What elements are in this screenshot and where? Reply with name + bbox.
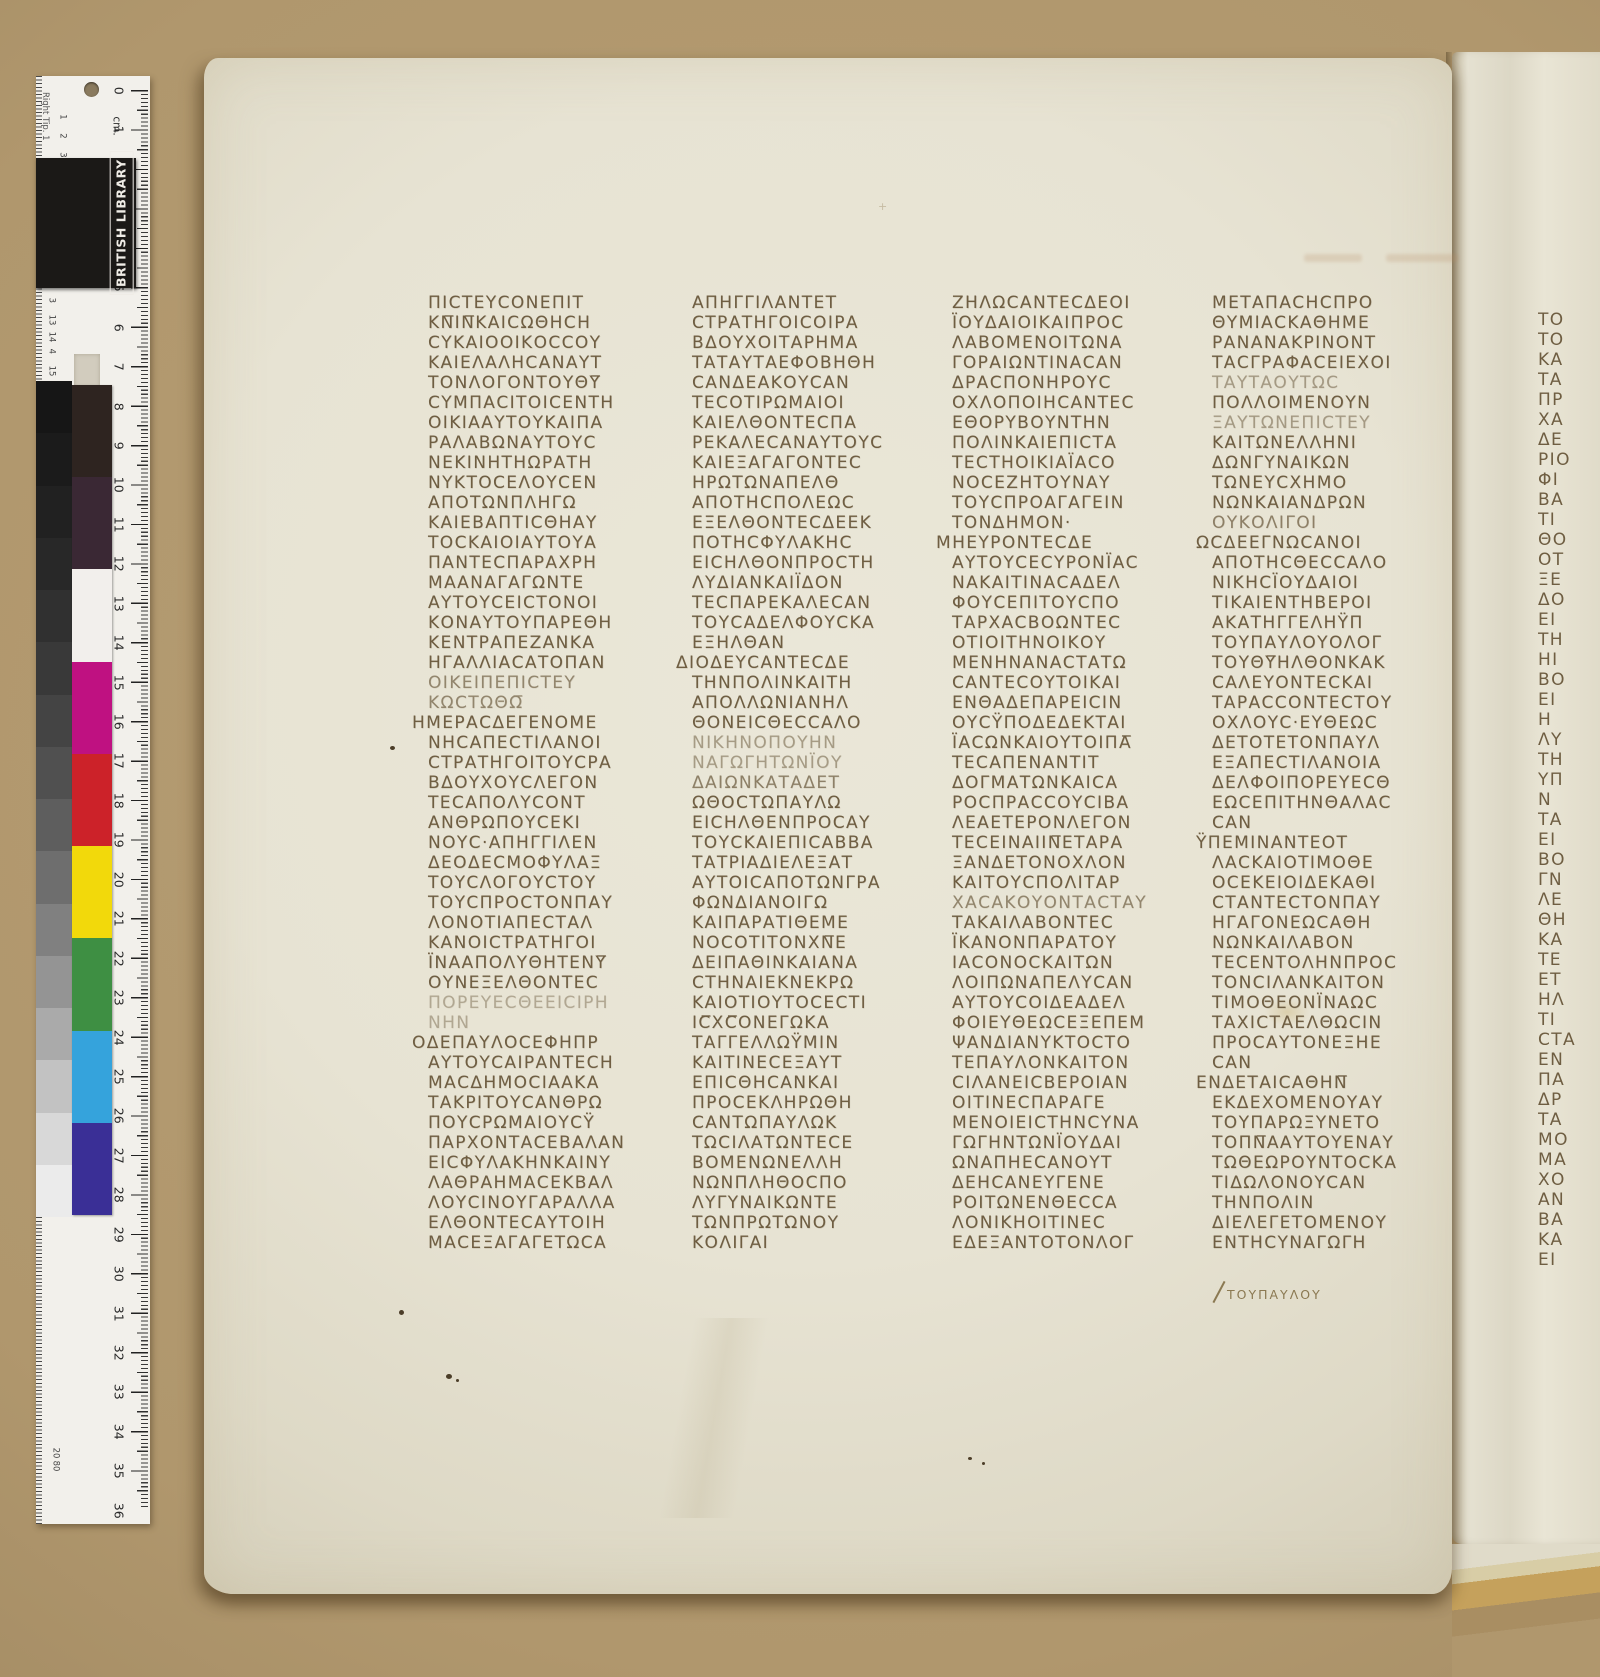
text-line: ΤΟΝΛΟΓΟΝΤΟΥΘΥ̅ (428, 373, 678, 393)
text-line: ΤΩΝΕΥϹΧΗΜΟ (1212, 473, 1462, 493)
text-line: ΑΥΤΟΥϹΟΙΔΕΑΔΕΛ (952, 993, 1202, 1013)
facing-page-line: ΤΑ (1538, 370, 1600, 390)
text-line: ΚΑΙΕΛΑΛΗϹΑΝΑΥΤ (428, 353, 678, 373)
text-line: ΝΑΚΑΙΤΙΝΑϹΑΔΕΛ (952, 573, 1202, 593)
text-line: ΝΟϹΕΖΗΤΟΥΝΑΥ (952, 473, 1202, 493)
text-line: ΕΝΘΑΔΕΠΑΡΕΙϹΙΝ (952, 693, 1202, 713)
ruler-side-number: 20 (50, 1448, 60, 1459)
facing-page-line: ΧΟ (1538, 1170, 1600, 1190)
cm-unit-label: cm. (110, 116, 122, 135)
facing-page-line: ΚΑ (1538, 1230, 1600, 1250)
text-line: ΤΩϹΙΛΑΤΩΝΤΕϹΕ (692, 1133, 942, 1153)
facing-page-line: ΦΙ (1538, 470, 1600, 490)
facing-page-line: ΛΕ (1538, 890, 1600, 910)
text-line: ΡΑΝΑΝΑΚΡΙΝΟΝΤ (1212, 333, 1462, 353)
text-line: ΤΑΚΑΙΛΑΒΟΝΤΕϹ (952, 913, 1202, 933)
text-line: ΤΟΝΔΗΜΟΝ· (952, 513, 1202, 533)
parchment-wrinkle (264, 1318, 1164, 1518)
facing-page-line: ΑΝ (1538, 1190, 1600, 1210)
text-line: ΡΕΚΑΛΕϹΑΝΑΥΤΟΥϹ (692, 433, 942, 453)
facing-page: ΤΟΤΟΚΑΤΑΠΡΧΑΔΕΡΙΟΦΙΒΑΤΙΘΟΟΤΞΕΔΟΕΙΤΗΗΙΒΟΕ… (1452, 52, 1600, 1544)
faint-cross-mark: + (878, 200, 887, 209)
text-line: ΛΥΔΙΑΝΚΑΙΪΔΟΝ (692, 573, 942, 593)
text-line: ΤΟϹΚΑΙΟΙΑΥΤΟΥΑ (428, 533, 678, 553)
facing-page-line: ΜΟ (1538, 1130, 1600, 1150)
color-patch (72, 569, 112, 661)
text-line: ΚΑΙΤΟΥϹΠΟΛΙΤΑΡ (952, 873, 1202, 893)
color-patch (72, 846, 112, 938)
text-line: ΚΟΛΙΓΑΙ (692, 1233, 942, 1253)
ruler-number: 35 (99, 1462, 138, 1480)
facing-page-line: ΘΗ (1538, 910, 1600, 930)
book-cover-edge (1452, 1544, 1600, 1677)
facing-page-line: Ν (1538, 790, 1600, 810)
text-line: ΤΩΝΠΡΩΤΩΝΟΥ (692, 1213, 942, 1233)
text-line: ΗΓΑΓΟΝΕΩϹΑΘΗ (1212, 913, 1462, 933)
text-column-1: ΠΙϹΤΕΥϹΟΝΕΠΙΤΚΝ̅ΙΝ̅ΚΑΙϹΩΘΗϹΗϹΥΚΑΙΟΟΙΚΟϹϹ… (428, 293, 678, 1253)
text-line: ΑΠΟΛΛΩΝΙΑΝΗΛ (692, 693, 942, 713)
text-line: ΛΑΒΟΜΕΝΟΙΤΩΝΑ (952, 333, 1202, 353)
facing-page-line: ΤΟ (1538, 310, 1600, 330)
text-line: ΔΡΑϹΠΟΝΗΡΟΥϹ (952, 373, 1202, 393)
grayscale-calibration-strip (36, 381, 72, 1217)
text-line: ΝΗΝ (428, 1013, 678, 1033)
facing-page-line: ΤΟ (1538, 330, 1600, 350)
text-line: ΕΔΕΞΑΝΤΟΤΟΝΛΟΓ (952, 1233, 1202, 1253)
text-line: ΤΗΝΠΟΛΙΝ (1212, 1193, 1462, 1213)
text-line: ΟΥΚΟΛΙΓΟΙ (1212, 513, 1462, 533)
text-line: ΤΟΝϹΙΛΑΝΚΑΙΤΟΝ (1212, 973, 1462, 993)
ruler-side-number: 13 (46, 315, 56, 326)
text-line: ΕΙϹΗΛΘΕΝΠΡΟϹΑΥ (692, 813, 942, 833)
color-patch (72, 938, 112, 1030)
text-line: ΟΥΝΕΞΕΛΘΟΝΤΕϹ (428, 973, 678, 993)
text-line: ΛΑϹΚΑΙΟΤΙΜΟΘΕ (1212, 853, 1462, 873)
faint-ink-offset (1386, 254, 1458, 262)
ink-speck (399, 1310, 404, 1315)
text-column-2: ΑΠΗΓΓΙΛΑΝΤΕΤϹΤΡΑΤΗΓΟΙϹΟΙΡΑΒΔΟΥΧΟΙΤΑΡΗΜΑΤ… (692, 293, 942, 1253)
ruler-number: 29 (99, 1225, 138, 1243)
text-line: ΜΕΝΟΙΕΙϹΤΗΝϹΥΝΑ (952, 1113, 1202, 1133)
text-line: ΛΑΘΡΑΗΜΑϹΕΚΒΑΛ (428, 1173, 678, 1193)
text-line: ΙϹ̅ΧϹ̅ΟΝΕΓΩΚΑ (692, 1013, 942, 1033)
text-line: ΚΟΝΑΥΤΟΥΠΑΡΕΘΗ (428, 613, 678, 633)
text-line: ΡΑΛΑΒΩΝΑΥΤΟΥϹ (428, 433, 678, 453)
text-line: ΚΑΝΟΙϹΤΡΑΤΗΓΟΙ (428, 933, 678, 953)
grayscale-step (36, 1060, 72, 1112)
text-line: ΛΕΑΕΤΕΡΟΝΛΕΓΟΝ (952, 813, 1202, 833)
ruler-side-number: 1 (58, 114, 68, 119)
text-line: ΦΟΥϹΕΠΙΤΟΥϹΠΟ (952, 593, 1202, 613)
color-calibration-bar (72, 385, 112, 1215)
text-line: ΤΟΥϹΠΡΟΑΓΑΓΕΙΝ (952, 493, 1202, 513)
text-line: ΤΙΚΑΙΕΝΤΗΒΕΡΟΙ (1212, 593, 1462, 613)
text-line: ΗΜΕΡΑϹΔΕΓΕΝΟΜΕ (412, 713, 678, 733)
text-line: ΤΑΓΓΕΛΛΩΫΜΙΝ (692, 1033, 942, 1053)
grayscale-step (36, 1008, 72, 1060)
facing-page-line: ΕΝ (1538, 1050, 1600, 1070)
text-line: ΕΞΕΛΘΟΝΤΕϹΔΕΕΚ (692, 513, 942, 533)
ink-speck (982, 1462, 985, 1465)
grayscale-step (36, 799, 72, 851)
grayscale-step (36, 956, 72, 1008)
grayscale-step (36, 1165, 72, 1217)
text-line: ΤΑΧΙϹΤΑΕΛΘΩϹΙΝ (1212, 1013, 1462, 1033)
grayscale-step (36, 642, 72, 694)
text-line: ΤΕϹΠΑΡΕΚΑΛΕϹΑΝ (692, 593, 942, 613)
text-line: ΛΟΙΠΩΝΑΠΕΛΥϹΑΝ (952, 973, 1202, 993)
text-line: ΔΕΛΦΟΙΠΟΡΕΥΕϹΘ (1212, 773, 1462, 793)
text-line: ΜΑϹΕΞΑΓΑΓΕΤΩϹΑ (428, 1233, 678, 1253)
text-line: ΑΥΤΟΥϹΕϹΥΡΟΝΪΑϹ (952, 553, 1202, 573)
text-line: ΕΞΗΛΘΑΝ (692, 633, 942, 653)
text-line: ΚΑΙΕΒΑΠΤΙϹΘΗΑΥ (428, 513, 678, 533)
ruler-hole (84, 82, 99, 97)
color-patch (72, 1123, 112, 1215)
grayscale-step (36, 904, 72, 956)
text-line: ΜΕΝΗΝΑΝΑϹΤΑΤΩ (952, 653, 1202, 673)
facing-page-line: ΜΑ (1538, 1150, 1600, 1170)
text-line: ΟϹΕΚΕΙΟΙΔΕΚΑΘΙ (1212, 873, 1462, 893)
facing-page-line: ΤΑ (1538, 1110, 1600, 1130)
text-line: ΘΥΜΙΑϹΚΑΘΗΜΕ (1212, 313, 1462, 333)
text-line: ΤΑΡΧΑϹΒΟΩΝΤΕϹ (952, 613, 1202, 633)
text-line: ΟΙΚΙΑΑΥΤΟΥΚΑΙΠΑ (428, 413, 678, 433)
text-line: ΤΕϹΟΤΙΡΩΜΑΙΟΙ (692, 393, 942, 413)
ruler-number: 30 (99, 1265, 138, 1283)
grayscale-step (36, 433, 72, 485)
text-line: ΠΡΟϹΕΚΛΗΡΩΘΗ (692, 1093, 942, 1113)
text-line: ΤΟΥϹΚΑΙΕΠΙϹΑΒΒΑ (692, 833, 942, 853)
coronis-mark (1212, 1281, 1225, 1303)
british-library-label: BRITISH LIBRARY (50, 184, 122, 262)
subscription-label: ΤΟΥΠΑΥΛΟΥ (1227, 1287, 1322, 1302)
ink-speck (968, 1457, 972, 1460)
text-line: ΡΟΙΤΩΝΕΝΘΕϹϹΑ (952, 1193, 1202, 1213)
subscription-text: ΤΟΥΠΑΥΛΟΥ (1218, 1280, 1322, 1302)
text-line: ϹΑΝ (1212, 813, 1462, 833)
grayscale-step (36, 1113, 72, 1165)
facing-page-line: ΗΛ (1538, 990, 1600, 1010)
ruler-side-number: 15 (46, 366, 56, 377)
text-line: ΔΑΙΩΝΚΑΤΑΔΕΤ (692, 773, 942, 793)
text-line: ΡΟϹΠΡΑϹϹΟΥϹΙΒΑ (952, 793, 1202, 813)
text-line: ΙΑϹΟΝΟϹΚΑΙΤΩΝ (952, 953, 1202, 973)
facing-page-line: ΓΝ (1538, 870, 1600, 890)
text-line: ΩΝΑΠΗΕϹΑΝΟΥΤ (952, 1153, 1202, 1173)
text-line: ϹΥΜΠΑϹΙΤΟΙϹΕΝΤΗ (428, 393, 678, 413)
text-line: ΑΥΤΟΙϹΑΠΟΤΩΝΓΡΑ (692, 873, 942, 893)
text-line: ΔΕΤΟΤΕΤΟΝΠΑΥΛ (1212, 733, 1462, 753)
text-line: ΑΚΑΤΗΓΓΕΛΗΫΠ (1212, 613, 1462, 633)
text-line: ΤΕΠΑΥΛΟΝΚΑΙΤΟΝ (952, 1053, 1202, 1073)
text-line: ΔΕΗϹΑΝΕΥΓΕΝΕ (952, 1173, 1202, 1193)
text-line: ΠΟΛΛΟΙΜΕΝΟΥΝ (1212, 393, 1462, 413)
text-line: ΑΥΤΟΥϹΑΙΡΑΝΤΕϹΗ (428, 1053, 678, 1073)
text-line: ΧΑϹΑΚΟΥΟΝΤΑϹΤΑΥ (952, 893, 1202, 913)
ruler-side-number: 3 (46, 298, 56, 309)
text-line: ΝΩΝΚΑΙΑΝΔΡΩΝ (1212, 493, 1462, 513)
text-line: ΚΑΙΟΤΙΟΥΤΟϹΕϹΤΙ (692, 993, 942, 1013)
facing-page-line: ΛΥ (1538, 730, 1600, 750)
facing-page-line: ΤΗ (1538, 750, 1600, 770)
ruler-side-label: Right Tip. 1 (40, 92, 50, 141)
text-line: ΤΑΥΤΑΟΥΤΩϹ (1212, 373, 1462, 393)
facing-page-line: ΕΙ (1538, 690, 1600, 710)
text-line: ΪΑϹΩΝΚΑΙΟΥΤΟΙΠΑ̅ (952, 733, 1202, 753)
text-line: ΔΙΕΛΕΓΕΤΟΜΕΝΟΥ (1212, 1213, 1462, 1233)
text-line: ΛΟΥϹΙΝΟΥΓΑΡΑΛΛΑ (428, 1193, 678, 1213)
ruler-tape-patch (74, 354, 100, 388)
text-line: ΑΥΤΟΥϹΕΙϹΤΟΝΟΙ (428, 593, 678, 613)
text-line: ϹΙΛΑΝΕΙϹΒΕΡΟΙΑΝ (952, 1073, 1202, 1093)
facing-page-line: ΞΕ (1538, 570, 1600, 590)
text-line: ΝΕΚΙΝΗΤΗΩΡΑΤΗ (428, 453, 678, 473)
text-line: ΕΙϹΗΛΘΟΝΠΡΟϹΤΗ (692, 553, 942, 573)
text-line: ΒΔΟΥΧΟΙΤΑΡΗΜΑ (692, 333, 942, 353)
text-line: ΝΗϹΑΠΕϹΤΙΛΑΝΟΙ (428, 733, 678, 753)
text-line: ΝΟΥϹ·ΑΠΗΓΓΙΛΕΝ (428, 833, 678, 853)
text-line: ΠΡΟϹΑΥΤΟΝΕΞΗΕ (1212, 1033, 1462, 1053)
text-line: ΪΟΥΔΑΙΟΙΚΑΙΠΡΟϹ (952, 313, 1202, 333)
text-line: ΤΟΥΠΑΡΩΞΥΝΕΤΟ (1212, 1113, 1462, 1133)
text-line: ΕΛΘΟΝΤΕϹΑΥΤΟΙΗ (428, 1213, 678, 1233)
facing-page-line: ΔΕ (1538, 430, 1600, 450)
facing-page-line: ΕΙ (1538, 830, 1600, 850)
facing-page-line: ΚΑ (1538, 350, 1600, 370)
text-line: ΞΑΥΤΩΝΕΠΙϹΤΕΥ (1212, 413, 1462, 433)
text-line: ΑΠΟΤΗϹΘΕϹϹΑΛΟ (1212, 553, 1462, 573)
ruler-number: 6 (99, 318, 138, 336)
text-line: ΫΠΕΜΙΝΑΝΤΕΟΤ (1196, 833, 1462, 853)
facing-page-line: ΒΟ (1538, 670, 1600, 690)
ruler-number: 7 (99, 358, 138, 376)
text-line: ΕΩϹΕΠΙΤΗΝΘΑΛΑϹ (1212, 793, 1462, 813)
text-line: ΚΑΙΕΞΑΓΑΓΟΝΤΕϹ (692, 453, 942, 473)
facing-page-line: ΕΙ (1538, 1250, 1600, 1270)
ruler-number: 33 (99, 1383, 138, 1401)
ruler-number: 34 (99, 1423, 138, 1441)
facing-page-line: ΠΑ (1538, 1070, 1600, 1090)
text-line: ΤΟΥϹΑΔΕΛΦΟΥϹΚΑ (692, 613, 942, 633)
text-line: ΓΩΓΗΝΤΩΝΪΟΥΔΑΙ (952, 1133, 1202, 1153)
facing-page-line: Η (1538, 710, 1600, 730)
text-line: ΤΩΘΕΩΡΟΥΝΤΟϹΚΑ (1212, 1153, 1462, 1173)
facing-page-line: ΠΡ (1538, 390, 1600, 410)
text-line: ΤΗΝΠΟΛΙΝΚΑΙΤΗ (692, 673, 942, 693)
text-line: ΠΟΥϹΡΩΜΑΙΟΥϹΫ (428, 1113, 678, 1133)
facing-page-line: ΔΟ (1538, 590, 1600, 610)
facing-page-line: ΕΤ (1538, 970, 1600, 990)
facing-page-line: ΗΙ (1538, 650, 1600, 670)
faint-ink-offset (1304, 254, 1362, 262)
text-line: ΝΙΚΗϹΪΟΥΔΑΙΟΙ (1212, 573, 1462, 593)
text-line: ΩΘΟϹΤΩΠΑΥΛΩ (692, 793, 942, 813)
text-line: ΛΟΝΟΤΙΑΠΕϹΤΑΛ (428, 913, 678, 933)
text-line: ΠΙϹΤΕΥϹΟΝΕΠΙΤ (428, 293, 678, 313)
ruler-number: 36 (99, 1501, 138, 1519)
facing-page-line: ΚΑ (1538, 930, 1600, 950)
facing-page-line: ΒΑ (1538, 490, 1600, 510)
text-line: ΕΝΤΗϹΥΝΑΓΩΓΗ (1212, 1233, 1462, 1253)
text-line: ΕΚΔΕΧΟΜΕΝΟΥΑΥ (1212, 1093, 1462, 1113)
text-line: ΦΟΙΕΥΘΕΩϹΕΞΕΠΕΜ (952, 1013, 1202, 1033)
text-line: ΜΑϹΔΗΜΟϹΙΑΑΚΑ (428, 1073, 678, 1093)
text-line: ΕΙϹΦΥΛΑΚΗΝΚΑΙΝΥ (428, 1153, 678, 1173)
ink-speck (390, 746, 395, 750)
text-line: ΜΕΤΑΠΑϹΗϹΠΡΟ (1212, 293, 1462, 313)
text-line: ΔΕΙΠΑΘΙΝΚΑΙΑΝΑ (692, 953, 942, 973)
text-column-4: ΜΕΤΑΠΑϹΗϹΠΡΟΘΥΜΙΑϹΚΑΘΗΜΕΡΑΝΑΝΑΚΡΙΝΟΝΤΤΑϹ… (1212, 293, 1462, 1253)
text-line: ΟΧΛΟΠΟΙΗϹΑΝΤΕϹ (952, 393, 1202, 413)
text-line: ΓΟΡΑΙΩΝΤΙΝΑϹΑΝ (952, 353, 1202, 373)
text-line: ΤΕϹΕΙΝΑΙΙΝ̅ΕΤΑΡΑ (952, 833, 1202, 853)
grayscale-step (36, 590, 72, 642)
text-line: ΪΝΑΑΠΟΛΥΘΗΤΕΝΥ̅ (428, 953, 678, 973)
text-line: ΤΑΤΑΥΤΑΕΦΟΒΗΘΗ (692, 353, 942, 373)
text-line: ΚΑΙΠΑΡΑΤΙΘΕΜΕ (692, 913, 942, 933)
text-line: ΟΥϹΫΠΟΔΕΔΕΚΤΑΙ (952, 713, 1202, 733)
text-line: ΜΑΑΝΑΓΑΓΩΝΤΕ (428, 573, 678, 593)
text-line: ΝΥΚΤΟϹΕΛΟΥϹΕΝ (428, 473, 678, 493)
text-column-3: ΖΗΛΩϹΑΝΤΕϹΔΕΟΙΪΟΥΔΑΙΟΙΚΑΙΠΡΟϹΛΑΒΟΜΕΝΟΙΤΩ… (952, 293, 1202, 1253)
text-line: ΑΠΟΤΗϹΠΟΛΕΩϹ (692, 493, 942, 513)
text-line: ΤΕϹΑΠΟΛΥϹΟΝΤ (428, 793, 678, 813)
text-line: ΦΩΝΔΙΑΝΟΙΓΩ (692, 893, 942, 913)
text-line: ΤΑΡΑϹϹΟΝΤΕϹΤΟΥ (1212, 693, 1462, 713)
text-line: ΟΧΛΟΥϹ·ΕΥΘΕΩϹ (1212, 713, 1462, 733)
grayscale-step (36, 486, 72, 538)
text-line: ΤΑΚΡΙΤΟΥϹΑΝΘΡΩ (428, 1093, 678, 1113)
british-library-tag: BRITISH LIBRARY (36, 158, 136, 288)
ruler-side-numbers-mid: 3131441516 (46, 298, 57, 393)
text-line: ΠΑΝΤΕϹΠΑΡΑΧΡΗ (428, 553, 678, 573)
text-line: ΚΑΙΤΙΝΕϹΕΞΑΥΤ (692, 1053, 942, 1073)
facing-page-line: ΤΙ (1538, 510, 1600, 530)
text-line: ϹΤΑΝΤΕϹΤΟΝΠΑΥ (1212, 893, 1462, 913)
text-line: ΔΩΝΓΥΝΑΙΚΩΝ (1212, 453, 1462, 473)
facing-page-line: ΡΙΟ (1538, 450, 1600, 470)
text-line: ΟΤΙΟΙΤΗΝΟΙΚΟΥ (952, 633, 1202, 653)
color-patch (72, 754, 112, 846)
color-patch (72, 1031, 112, 1123)
text-line: ΤΟΥϹΛΟΓΟΥϹΤΟΥ (428, 873, 678, 893)
text-line: ΖΗΛΩϹΑΝΤΕϹΔΕΟΙ (952, 293, 1202, 313)
text-line: ΚΑΙΕΛΘΟΝΤΕϹΠΑ (692, 413, 942, 433)
text-line: ΕΝΔΕΤΑΙϹΑΘΗΝ̅ (1196, 1073, 1462, 1093)
color-patch (72, 662, 112, 754)
text-line: ΔΟΓΜΑΤΩΝΚΑΙϹΑ (952, 773, 1202, 793)
text-line: ΩϹΔΕΕΓΝΩϹΑΝΟΙ (1196, 533, 1462, 553)
facing-page-text-column: ΤΟΤΟΚΑΤΑΠΡΧΑΔΕΡΙΟΦΙΒΑΤΙΘΟΟΤΞΕΔΟΕΙΤΗΗΙΒΟΕ… (1538, 310, 1600, 1270)
grayscale-step (36, 381, 72, 433)
text-line: ΕΞΑΠΕϹΤΙΛΑΝΟΙΑ (1212, 753, 1462, 773)
text-line: ΤΑΤΡΙΑΔΙΕΛΕΞΑΤ (692, 853, 942, 873)
text-line: ΨΑΝΔΙΑΝΥΚΤΟϹΤΟ (952, 1033, 1202, 1053)
text-line: ΚΕΝΤΡΑΠΕΖΑΝΚΑ (428, 633, 678, 653)
text-line: ΚΝ̅ΙΝ̅ΚΑΙϹΩΘΗϹΗ (428, 313, 678, 333)
ruler-side-number: 4 (46, 349, 56, 360)
ruler-number: 0 (99, 82, 138, 100)
text-line: ΗΡΩΤΩΝΑΠΕΛΘ (692, 473, 942, 493)
text-line: ΤΟΠΝ̅ΑΑΥΤΟΥΕΝΑΥ (1212, 1133, 1462, 1153)
text-line: ΘΟΝΕΙϹΘΕϹϹΑΛΟ (692, 713, 942, 733)
text-line: ΤΟΥϹΠΡΟϹΤΟΝΠΑΥ (428, 893, 678, 913)
text-line: ΝΩΝΠΛΗΘΟϹΠΟ (692, 1173, 942, 1193)
text-line: ΤΙΜΟΘΕΟΝΪΝΑΩϹ (1212, 993, 1462, 1013)
ruler-side-number: 80 (50, 1461, 60, 1472)
text-line: ΤΕϹΑΠΕΝΑΝΤΙΤ (952, 753, 1202, 773)
text-line: ΟΔΕΠΑΥΛΟϹΕΦΗΠΡ (412, 1033, 678, 1053)
text-line: ϹΑΝΤΕϹΟΥΤΟΙΚΑΙ (952, 673, 1202, 693)
text-line: ΤΙΔΩΛΟΝΟΥϹΑΝ (1212, 1173, 1462, 1193)
text-line: ΜΗΕΥΡΟΝΤΕϹΔΕ (936, 533, 1202, 553)
text-line: ΠΟΛΙΝΚΑΙΕΠΙϹΤΑ (952, 433, 1202, 453)
text-line: ΤΟΥΠΑΥΛΟΥΟΛΟΓ (1212, 633, 1462, 653)
ruler-side-numbers-bottom: 2080 (50, 1448, 61, 1471)
facing-page-line: ΒΟ (1538, 850, 1600, 870)
ruler-side-number: 14 (46, 332, 56, 343)
text-line: ΒΔΟΥΧΟΥϹΛΕΓΟΝ (428, 773, 678, 793)
text-line: ΛΟΝΙΚΗΟΙΤΙΝΕϹ (952, 1213, 1202, 1233)
text-line: ΔΕΟΔΕϹΜΟΦΥΛΑΞ (428, 853, 678, 873)
text-line: ΝΩΝΚΑΙΛΑΒΟΝ (1212, 933, 1462, 953)
text-line: ΤΑϹΓΡΑΦΑϹΕΙΕΧΟΙ (1212, 353, 1462, 373)
ruler-side-number: 3 (58, 152, 68, 157)
facing-page-line: ϹΤΑ (1538, 1030, 1600, 1050)
text-line: ΑΠΟΤΩΝΠΛΗΓΩ (428, 493, 678, 513)
ink-speck (446, 1374, 452, 1379)
text-line: ΪΚΑΝΟΝΠΑΡΑΤΟΥ (952, 933, 1202, 953)
text-line: ΠΟΤΗϹΦΥΛΑΚΗϹ (692, 533, 942, 553)
text-line: ΟΙΤΙΝΕϹΠΑΡΑΓΕ (952, 1093, 1202, 1113)
text-line: ΑΠΗΓΓΙΛΑΝΤΕΤ (692, 293, 942, 313)
text-line: ΗΓΑΛΛΙΑϹΑΤΟΠΑΝ (428, 653, 678, 673)
text-line: ΒΟΜΕΝΩΝΕΛΛΗ (692, 1153, 942, 1173)
text-line: ΝΙΚΗΝΟΠΟΥΗΝ (692, 733, 942, 753)
ruler-number: 32 (99, 1344, 138, 1362)
color-patch (72, 385, 112, 477)
text-line: ϹΑΛΕΥΟΝΤΕϹΚΑΙ (1212, 673, 1462, 693)
text-line: ΕΠΙϹΘΗϹΑΝΚΑΙ (692, 1073, 942, 1093)
grayscale-step (36, 747, 72, 799)
facing-page-line: ΥΠ (1538, 770, 1600, 790)
text-line: ΕΘΟΡΥΒΟΥΝΤΗΝ (952, 413, 1202, 433)
text-line: ΝΟϹΟΤΙΤΟΝΧΝ̅Ε (692, 933, 942, 953)
facing-page-line: ΒΑ (1538, 1210, 1600, 1230)
facing-page-line: ΤΙ (1538, 1010, 1600, 1030)
grayscale-step (36, 538, 72, 590)
grayscale-step (36, 851, 72, 903)
photo-ruler: 0123456789101112131415161718192021222324… (36, 76, 150, 1524)
text-line: ϹΑΝ (1212, 1053, 1462, 1073)
text-line: ϹΤΡΑΤΗΓΟΙΤΟΥϹΡΑ (428, 753, 678, 773)
text-line: ΤΟΥΘΥ̅ΗΛΘΟΝΚΑΚ (1212, 653, 1462, 673)
text-line: ΑΝΘΡΩΠΟΥϹΕΚΙ (428, 813, 678, 833)
text-line: ΔΙΟΔΕΥϹΑΝΤΕϹΔΕ (676, 653, 942, 673)
text-line: ΤΕϹΕΝΤΟΛΗΝΠΡΟϹ (1212, 953, 1462, 973)
text-line: ΠΟΡΕΥΕϹΘΕΕΙϹΙΡΗ (428, 993, 678, 1013)
manuscript-page: + ΠΙϹΤΕΥϹΟΝΕΠΙΤΚΝ̅ΙΝ̅ΚΑΙϹΩΘΗϹΗϹΥΚΑΙΟΟΙΚΟ… (204, 58, 1452, 1594)
text-line: ϹΤΗΝΑΙΕΚΝΕΚΡΩ (692, 973, 942, 993)
facing-page-line: ΧΑ (1538, 410, 1600, 430)
text-line: ϹΑΝΤΩΠΑΥΛΩΚ (692, 1113, 942, 1133)
facing-page-line: ΤΕ (1538, 950, 1600, 970)
text-line: ΚΩϹΤΩΘΩ̅ (428, 693, 678, 713)
facing-page-line: ΤΑ (1538, 810, 1600, 830)
ruler-number: 31 (99, 1304, 138, 1322)
text-line: ΟΙΚΕΙΠΕΠΙϹΤΕΥ (428, 673, 678, 693)
